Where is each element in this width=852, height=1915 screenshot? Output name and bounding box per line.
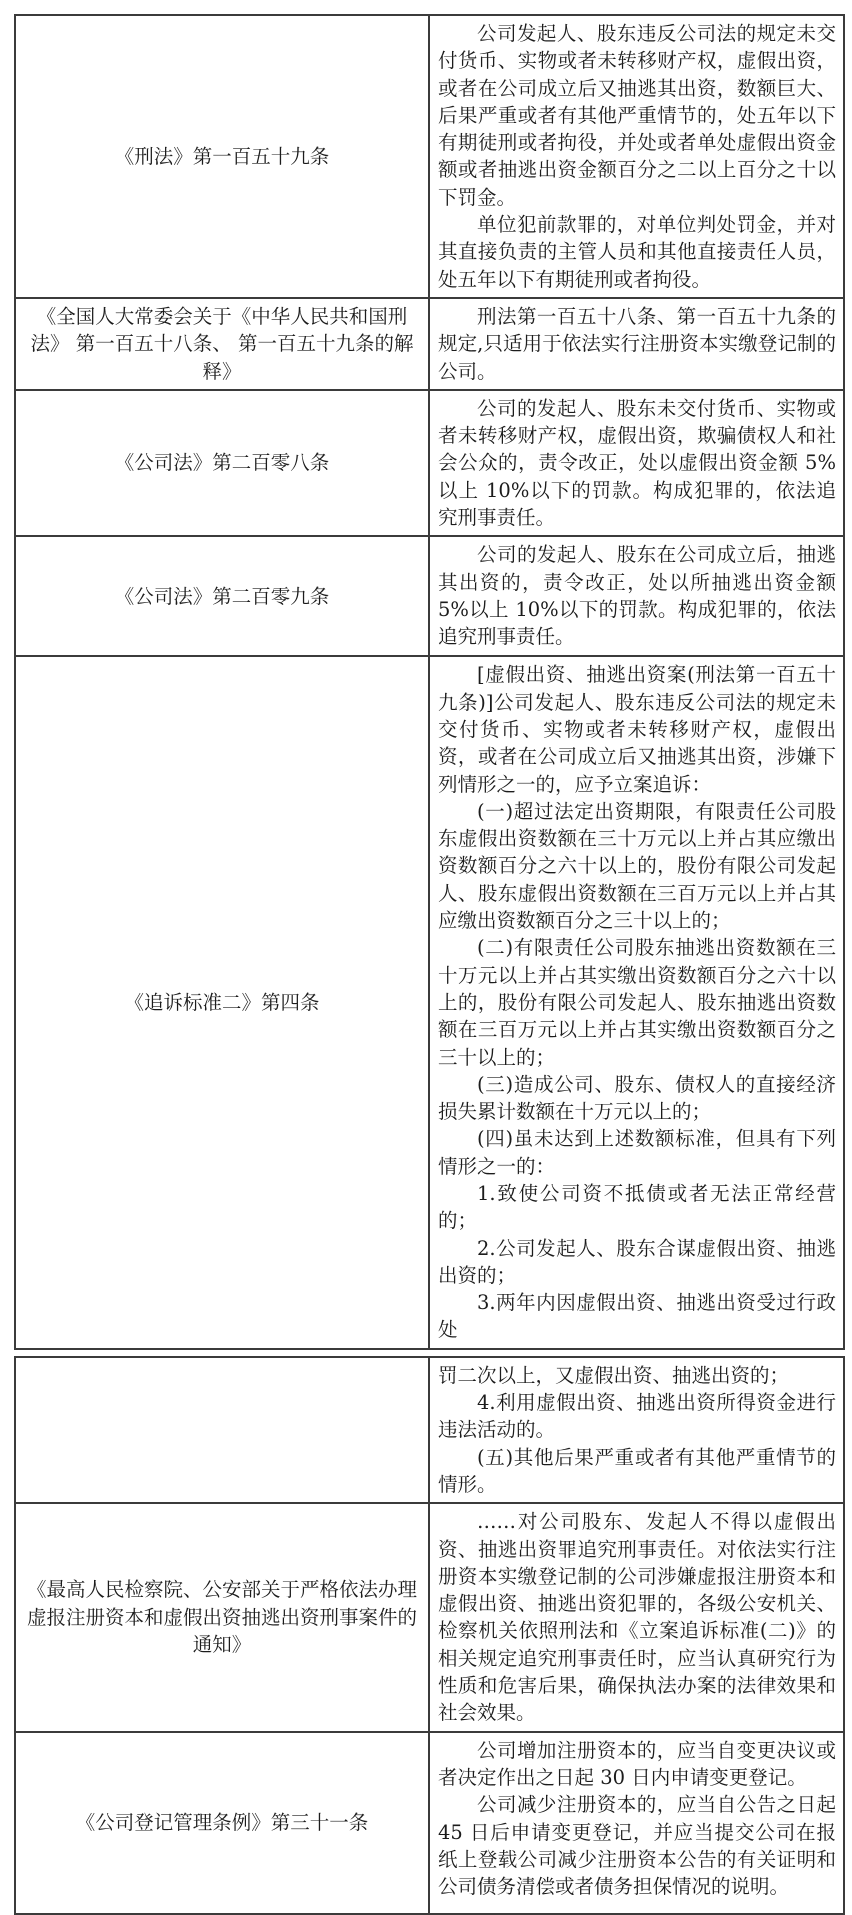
law-text-cell: 公司的发起人、股东在公司成立后，抽逃其出资的，责令改正，处以所抽逃出资金额 5%…: [430, 537, 843, 655]
table-row: 《刑法》第一百五十九条 公司发起人、股东违反公司法的规定未交付货币、实物或者未转…: [16, 16, 843, 297]
law-name: 《追诉标准二》第四条: [124, 989, 319, 1016]
law-text-paragraph: 2.公司发起人、股东合谋虚假出资、抽逃出资的；: [438, 1235, 836, 1290]
law-name-cell-empty: [16, 1358, 430, 1502]
law-name-cell: 《公司法》第二百零九条: [16, 537, 430, 655]
table-row: 罚二次以上，又虚假出资、抽逃出资的； 4.利用虚假出资、抽逃出资所得资金进行违法…: [16, 1358, 843, 1502]
law-table-segment-2: 罚二次以上，又虚假出资、抽逃出资的； 4.利用虚假出资、抽逃出资所得资金进行违法…: [14, 1356, 845, 1915]
law-text-paragraph: 刑法第一百五十八条、第一百五十九条的规定,只适用于依法实行注册资本实缴登记制的公…: [438, 303, 836, 385]
law-text-cell: [虚假出资、抽逃出资案(刑法第一百五十九条)]公司发起人、股东违反公司法的规定未…: [430, 657, 843, 1347]
law-text-paragraph: [虚假出资、抽逃出资案(刑法第一百五十九条)]公司发起人、股东违反公司法的规定未…: [438, 661, 836, 797]
law-text-paragraph: 公司增加注册资本的，应当自变更决议或者决定作出之日起 30 日内申请变更登记。: [438, 1737, 836, 1792]
law-text-paragraph: 4.利用虚假出资、抽逃出资所得资金进行违法活动的。: [438, 1389, 836, 1444]
law-text-cell: 刑法第一百五十八条、第一百五十九条的规定,只适用于依法实行注册资本实缴登记制的公…: [430, 299, 843, 389]
law-name-cell: 《全国人大常委会关于《中华人民共和国刑法》 第一百五十八条、 第一百五十九条的解…: [16, 299, 430, 389]
law-text-paragraph: 1.致使公司资不抵债或者无法正常经营的；: [438, 1180, 836, 1235]
law-name: 《公司登记管理条例》第三十一条: [76, 1809, 369, 1836]
law-text-paragraph: 公司减少注册资本的，应当自公告之日起 45 日后申请变更登记，并应当提交公司在报…: [438, 1791, 836, 1900]
law-text-paragraph: 罚二次以上，又虚假出资、抽逃出资的；: [438, 1362, 836, 1389]
table-row: 《全国人大常委会关于《中华人民共和国刑法》 第一百五十八条、 第一百五十九条的解…: [16, 297, 843, 389]
law-text-cell: 公司增加注册资本的，应当自变更决议或者决定作出之日起 30 日内申请变更登记。 …: [430, 1733, 843, 1913]
law-text-paragraph: (五)其他后果严重或者有其他严重情节的情形。: [438, 1444, 836, 1499]
law-text-paragraph: ……对公司股东、发起人不得以虚假出资、抽逃出资罪追究刑事责任。对依法实行注册资本…: [438, 1508, 836, 1726]
law-name: 《公司法》第二百零九条: [115, 583, 330, 610]
law-name: 《刑法》第一百五十九条: [115, 143, 330, 170]
law-text-cell: 罚二次以上，又虚假出资、抽逃出资的； 4.利用虚假出资、抽逃出资所得资金进行违法…: [430, 1358, 843, 1502]
law-text-cell: 公司发起人、股东违反公司法的规定未交付货币、实物或者未转移财产权，虚假出资，或者…: [430, 16, 843, 297]
law-name-cell: 《公司登记管理条例》第三十一条: [16, 1733, 430, 1913]
table-row: 《公司法》第二百零九条 公司的发起人、股东在公司成立后，抽逃其出资的，责令改正，…: [16, 535, 843, 655]
law-text-paragraph: 单位犯前款罪的，对单位判处罚金，并对其直接负责的主管人员和其他直接责任人员，处五…: [438, 211, 836, 293]
table-row: 《最高人民检察院、公安部关于严格依法办理虚报注册资本和虚假出资抽逃出资刑事案件的…: [16, 1502, 843, 1730]
law-name: 《最高人民检察院、公安部关于严格依法办理虚报注册资本和虚假出资抽逃出资刑事案件的…: [26, 1576, 418, 1658]
document-page: 《刑法》第一百五十九条 公司发起人、股东违反公司法的规定未交付货币、实物或者未转…: [14, 14, 845, 1915]
law-text-paragraph: 公司发起人、股东违反公司法的规定未交付货币、实物或者未转移财产权，虚假出资，或者…: [438, 20, 836, 211]
law-name-cell: 《公司法》第二百零八条: [16, 391, 430, 535]
law-table-segment-1: 《刑法》第一百五十九条 公司发起人、股东违反公司法的规定未交付货币、实物或者未转…: [14, 14, 845, 1350]
law-text-paragraph: (二)有限责任公司股东抽逃出资数额在三十万元以上并占其实缴出资数额百分之六十以上…: [438, 934, 836, 1070]
law-name: 《全国人大常委会关于《中华人民共和国刑法》 第一百五十八条、 第一百五十九条的解…: [26, 303, 418, 385]
law-name-cell: 《追诉标准二》第四条: [16, 657, 430, 1347]
law-text-cell: ……对公司股东、发起人不得以虚假出资、抽逃出资罪追究刑事责任。对依法实行注册资本…: [430, 1504, 843, 1730]
law-text-cell: 公司的发起人、股东未交付货币、实物或者未转移财产权，虚假出资，欺骗债权人和社会公…: [430, 391, 843, 535]
law-text-paragraph: 公司的发起人、股东未交付货币、实物或者未转移财产权，虚假出资，欺骗债权人和社会公…: [438, 395, 836, 531]
law-text-paragraph: 3.两年内因虚假出资、抽逃出资受过行政处: [438, 1289, 836, 1344]
table-row: 《追诉标准二》第四条 [虚假出资、抽逃出资案(刑法第一百五十九条)]公司发起人、…: [16, 655, 843, 1347]
law-name: 《公司法》第二百零八条: [115, 449, 330, 476]
law-text-paragraph: (四)虽未达到上述数额标准，但具有下列情形之一的：: [438, 1125, 836, 1180]
law-name-cell: 《最高人民检察院、公安部关于严格依法办理虚报注册资本和虚假出资抽逃出资刑事案件的…: [16, 1504, 430, 1730]
law-text-paragraph: (三)造成公司、股东、债权人的直接经济损失累计数额在十万元以上的；: [438, 1071, 836, 1126]
table-row: 《公司法》第二百零八条 公司的发起人、股东未交付货币、实物或者未转移财产权，虚假…: [16, 389, 843, 535]
table-row: 《公司登记管理条例》第三十一条 公司增加注册资本的，应当自变更决议或者决定作出之…: [16, 1731, 843, 1913]
law-text-paragraph: (一)超过法定出资期限，有限责任公司股东虚假出资数额在三十万元以上并占其应缴出资…: [438, 798, 836, 934]
law-text-paragraph: 公司的发起人、股东在公司成立后，抽逃其出资的，责令改正，处以所抽逃出资金额 5%…: [438, 541, 836, 650]
law-name-cell: 《刑法》第一百五十九条: [16, 16, 430, 297]
